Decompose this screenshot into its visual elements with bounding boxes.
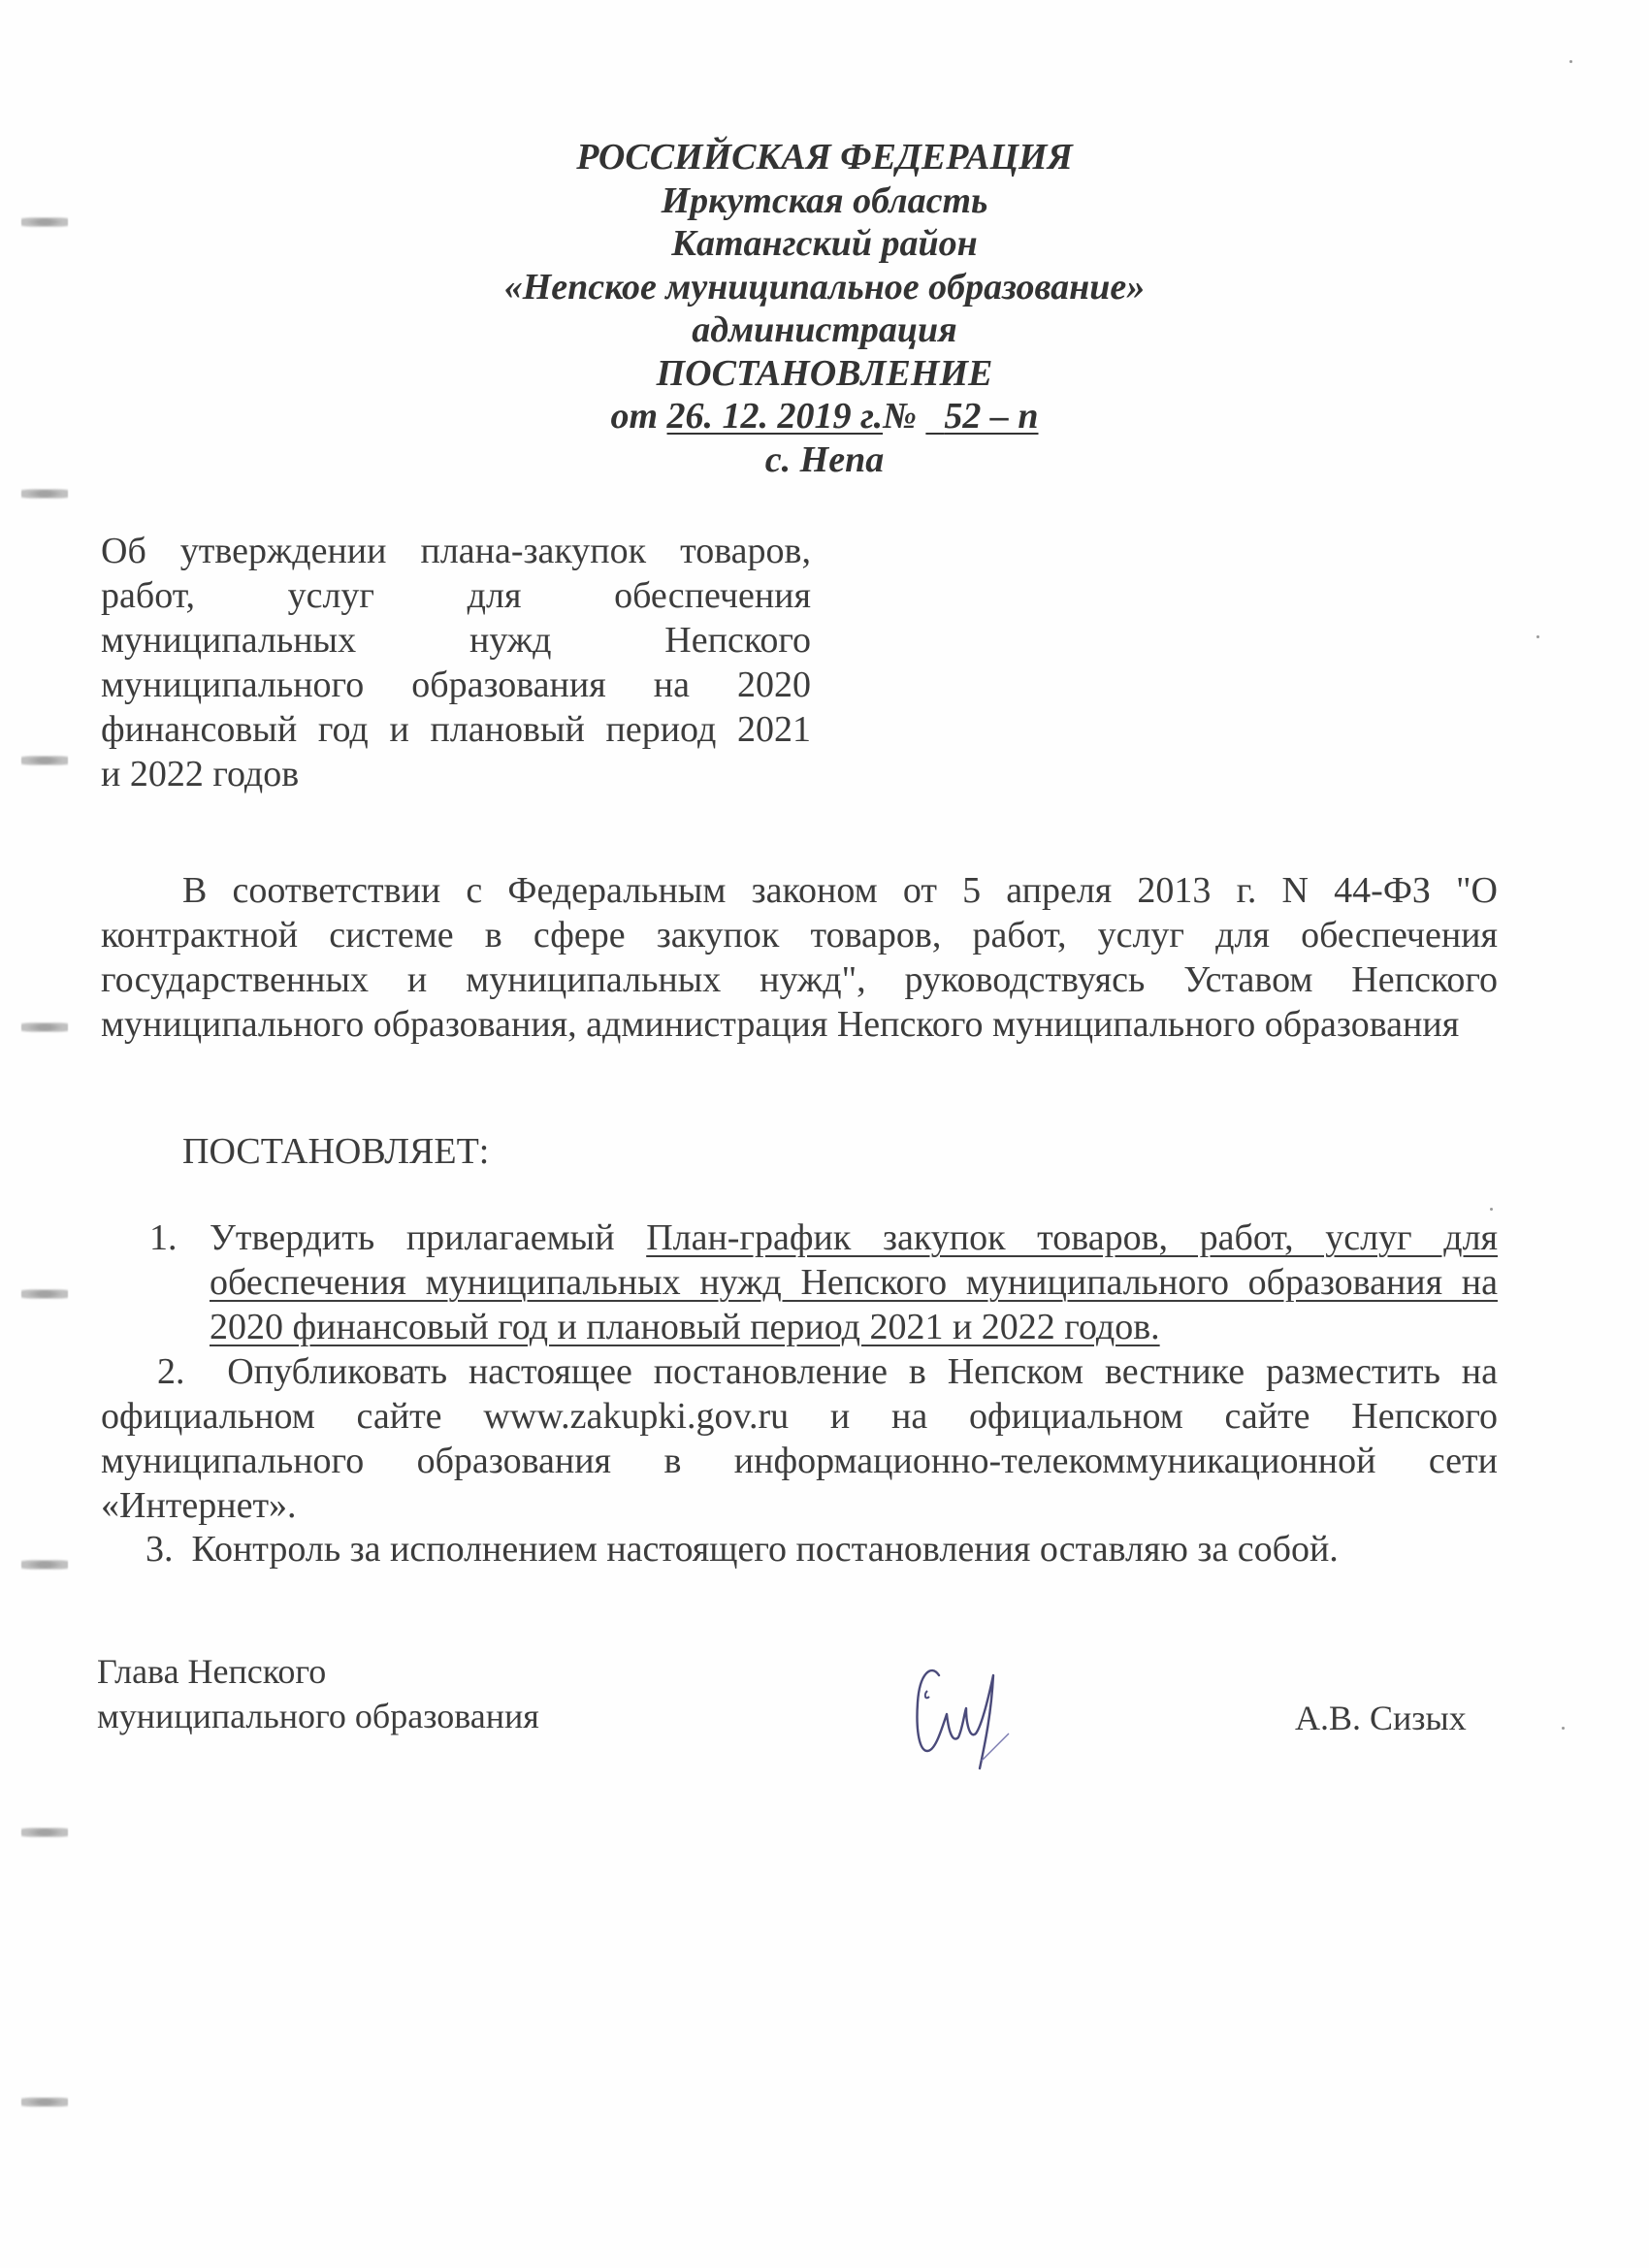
item-text: Опубликовать настоящее постановление в Н… (101, 1351, 1498, 1526)
document-type: ПОСТАНОВЛЕНИЕ (0, 352, 1649, 396)
document-date: 26. 12. 2019 г. (667, 396, 884, 437)
region-name: Иркутская область (0, 179, 1649, 223)
signatory-name: А.В. Сизых (1295, 1698, 1467, 1738)
handwritten-signature-icon (902, 1654, 1077, 1780)
document-subject: Об утверждении плана-закупок товаров, ра… (101, 529, 811, 796)
item-lead-text: Утвердить прилагаемый (210, 1217, 615, 1258)
punch-mark (21, 1021, 68, 1034)
decree-item-2: 2. Опубликовать настоящее постановление … (101, 1349, 1498, 1528)
subject-text: Об утверждении плана-закупок товаров, ра… (101, 531, 811, 750)
item-number: 2. (157, 1351, 185, 1392)
issuing-body: администрация (0, 308, 1649, 352)
signatory-title-line-2: муниципального образования (97, 1694, 539, 1738)
punch-mark (21, 1826, 68, 1839)
punch-mark (21, 1287, 68, 1301)
place-of-issue: с. Непа (0, 438, 1649, 482)
decree-heading: ПОСТАНОВЛЯЕТ: (182, 1130, 489, 1173)
item-number: 3. (145, 1529, 174, 1570)
scan-speck (1569, 60, 1572, 63)
document-header: РОССИЙСКАЯ ФЕДЕРАЦИЯ Иркутская область К… (0, 136, 1649, 481)
document-number: 52 – п (925, 396, 1038, 437)
scan-speck (1536, 635, 1539, 638)
scan-speck (1562, 1727, 1565, 1730)
punch-mark (21, 1558, 68, 1571)
number-sign: № (883, 396, 917, 437)
document-date-number: от 26. 12. 2019 г.№ 52 – п (0, 395, 1649, 438)
district-name: Катангский район (0, 222, 1649, 266)
document-page: РОССИЙСКАЯ ФЕДЕРАЦИЯ Иркутская область К… (0, 0, 1649, 2268)
country-name: РОССИЙСКАЯ ФЕДЕРАЦИЯ (0, 136, 1649, 179)
scan-speck (1490, 1208, 1493, 1211)
signatory-title: Глава Непского муниципального образовани… (97, 1649, 539, 1738)
municipality-name: «Непское муниципальное образование» (0, 266, 1649, 309)
item-number: 1. (149, 1215, 178, 1260)
punch-mark (21, 754, 68, 767)
decree-item-3: 3. Контроль за исполнением настоящего по… (145, 1527, 1339, 1571)
punch-mark (21, 487, 68, 501)
signatory-title-line-1: Глава Непского (97, 1649, 539, 1694)
decree-item-1: 1. Утвердить прилагаемый План-график зак… (210, 1215, 1498, 1349)
preamble-paragraph: В соответствии с Федеральным законом от … (101, 868, 1498, 1047)
punch-mark (21, 2095, 68, 2109)
date-prefix: от (610, 396, 658, 437)
subject-text-end: и 2022 годов (101, 752, 811, 796)
item-text: Контроль за исполнением настоящего поста… (192, 1529, 1339, 1570)
